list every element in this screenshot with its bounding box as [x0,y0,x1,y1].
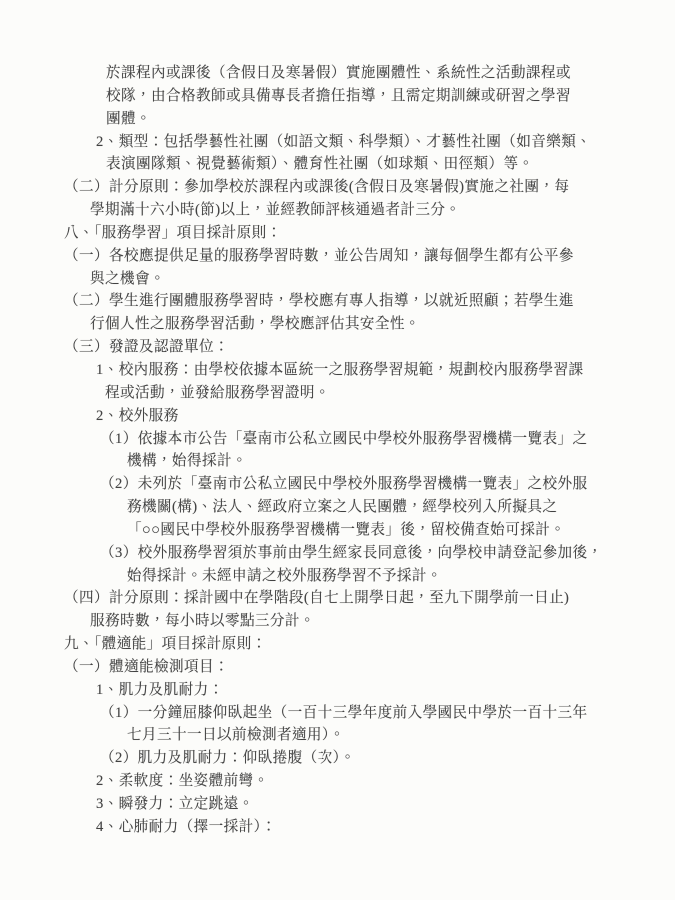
document-line: 七月三十一日以前檢測者適用）。 [0,724,675,747]
document-line: 務機關(構)、法人、經政府立案之人民團體，經學校列入所擬具之 [0,496,675,519]
document-body: 於課程內或課後（含假日及寒暑假）實施團體性、系統性之活動課程或校隊，由合格教師或… [0,62,675,839]
document-line: （一）各校應提供足量的服務學習時數，並公告周知，讓每個學生都有公平參 [0,245,675,268]
document-line: （四）計分原則：採計國中在學階段(自七上開學日起，至九下開學前一日止) [0,587,675,610]
document-line: 「○○國民中學校外服務學習機構一覽表」後，留校備查始可採計。 [0,519,675,542]
document-line: 4、心肺耐力（擇一採計）： [0,816,675,839]
document-line: 2、柔軟度：坐姿體前彎。 [0,770,675,793]
document-line: 服務時數，每小時以零點三分計。 [0,610,675,633]
document-line: 於課程內或課後（含假日及寒暑假）實施團體性、系統性之活動課程或 [0,62,675,85]
document-line: （2）未列於「臺南市公私立國民中學校外服務學習機構一覽表」之校外服 [0,473,675,496]
document-line: （一）體適能檢測項目： [0,656,675,679]
document-line: 團體。 [0,108,675,131]
document-line: 表演團隊類、視覺藝術類）、體育性社團（如球類、田徑類）等。 [0,153,675,176]
document-line: 學期滿十六小時(節)以上，並經教師評核通過者計三分。 [0,199,675,222]
document-line: 程或活動，並發給服務學習證明。 [0,382,675,405]
document-line: （三）發證及認證單位： [0,336,675,359]
document-line: 機構，始得採計。 [0,450,675,473]
document-line: （1）依據本市公告「臺南市公私立國民中學校外服務學習機構一覽表」之 [0,428,675,451]
document-line: 始得採計。未經申請之校外服務學習不予採計。 [0,565,675,588]
document-line: （3）校外服務學習須於事前由學生經家長同意後，向學校申請登記參加後， [0,542,675,565]
document-line: （2）肌力及肌耐力：仰臥捲腹（次）。 [0,747,675,770]
document-line: 校隊，由合格教師或具備專長者擔任指導，且需定期訓練或研習之學習 [0,85,675,108]
document-line: （二）學生進行團體服務學習時，學校應有專人指導，以就近照顧；若學生進 [0,290,675,313]
document-line: 九、「體適能」項目採計原則： [0,633,675,656]
document-line: 1、校內服務：由學校依據本區統一之服務學習規範，規劃校內服務學習課 [0,359,675,382]
document-line: 1、肌力及肌耐力： [0,679,675,702]
document-line: （1）一分鐘屈膝仰臥起坐（一百十三學年度前入學國民中學於一百十三年 [0,702,675,725]
document-line: 八、「服務學習」項目採計原則： [0,222,675,245]
document-line: （二）計分原則：參加學校於課程內或課後(含假日及寒暑假)實施之社團，每 [0,176,675,199]
document-line: 2、校外服務 [0,405,675,428]
document-line: 與之機會。 [0,268,675,291]
document-line: 行個人性之服務學習活動，學校應評估其安全性。 [0,313,675,336]
document-page: 於課程內或課後（含假日及寒暑假）實施團體性、系統性之活動課程或校隊，由合格教師或… [0,0,675,900]
document-line: 3、瞬發力：立定跳遠。 [0,793,675,816]
document-line: 2、類型：包括學藝性社團（如語文類、科學類）、才藝性社團（如音樂類、 [0,131,675,154]
